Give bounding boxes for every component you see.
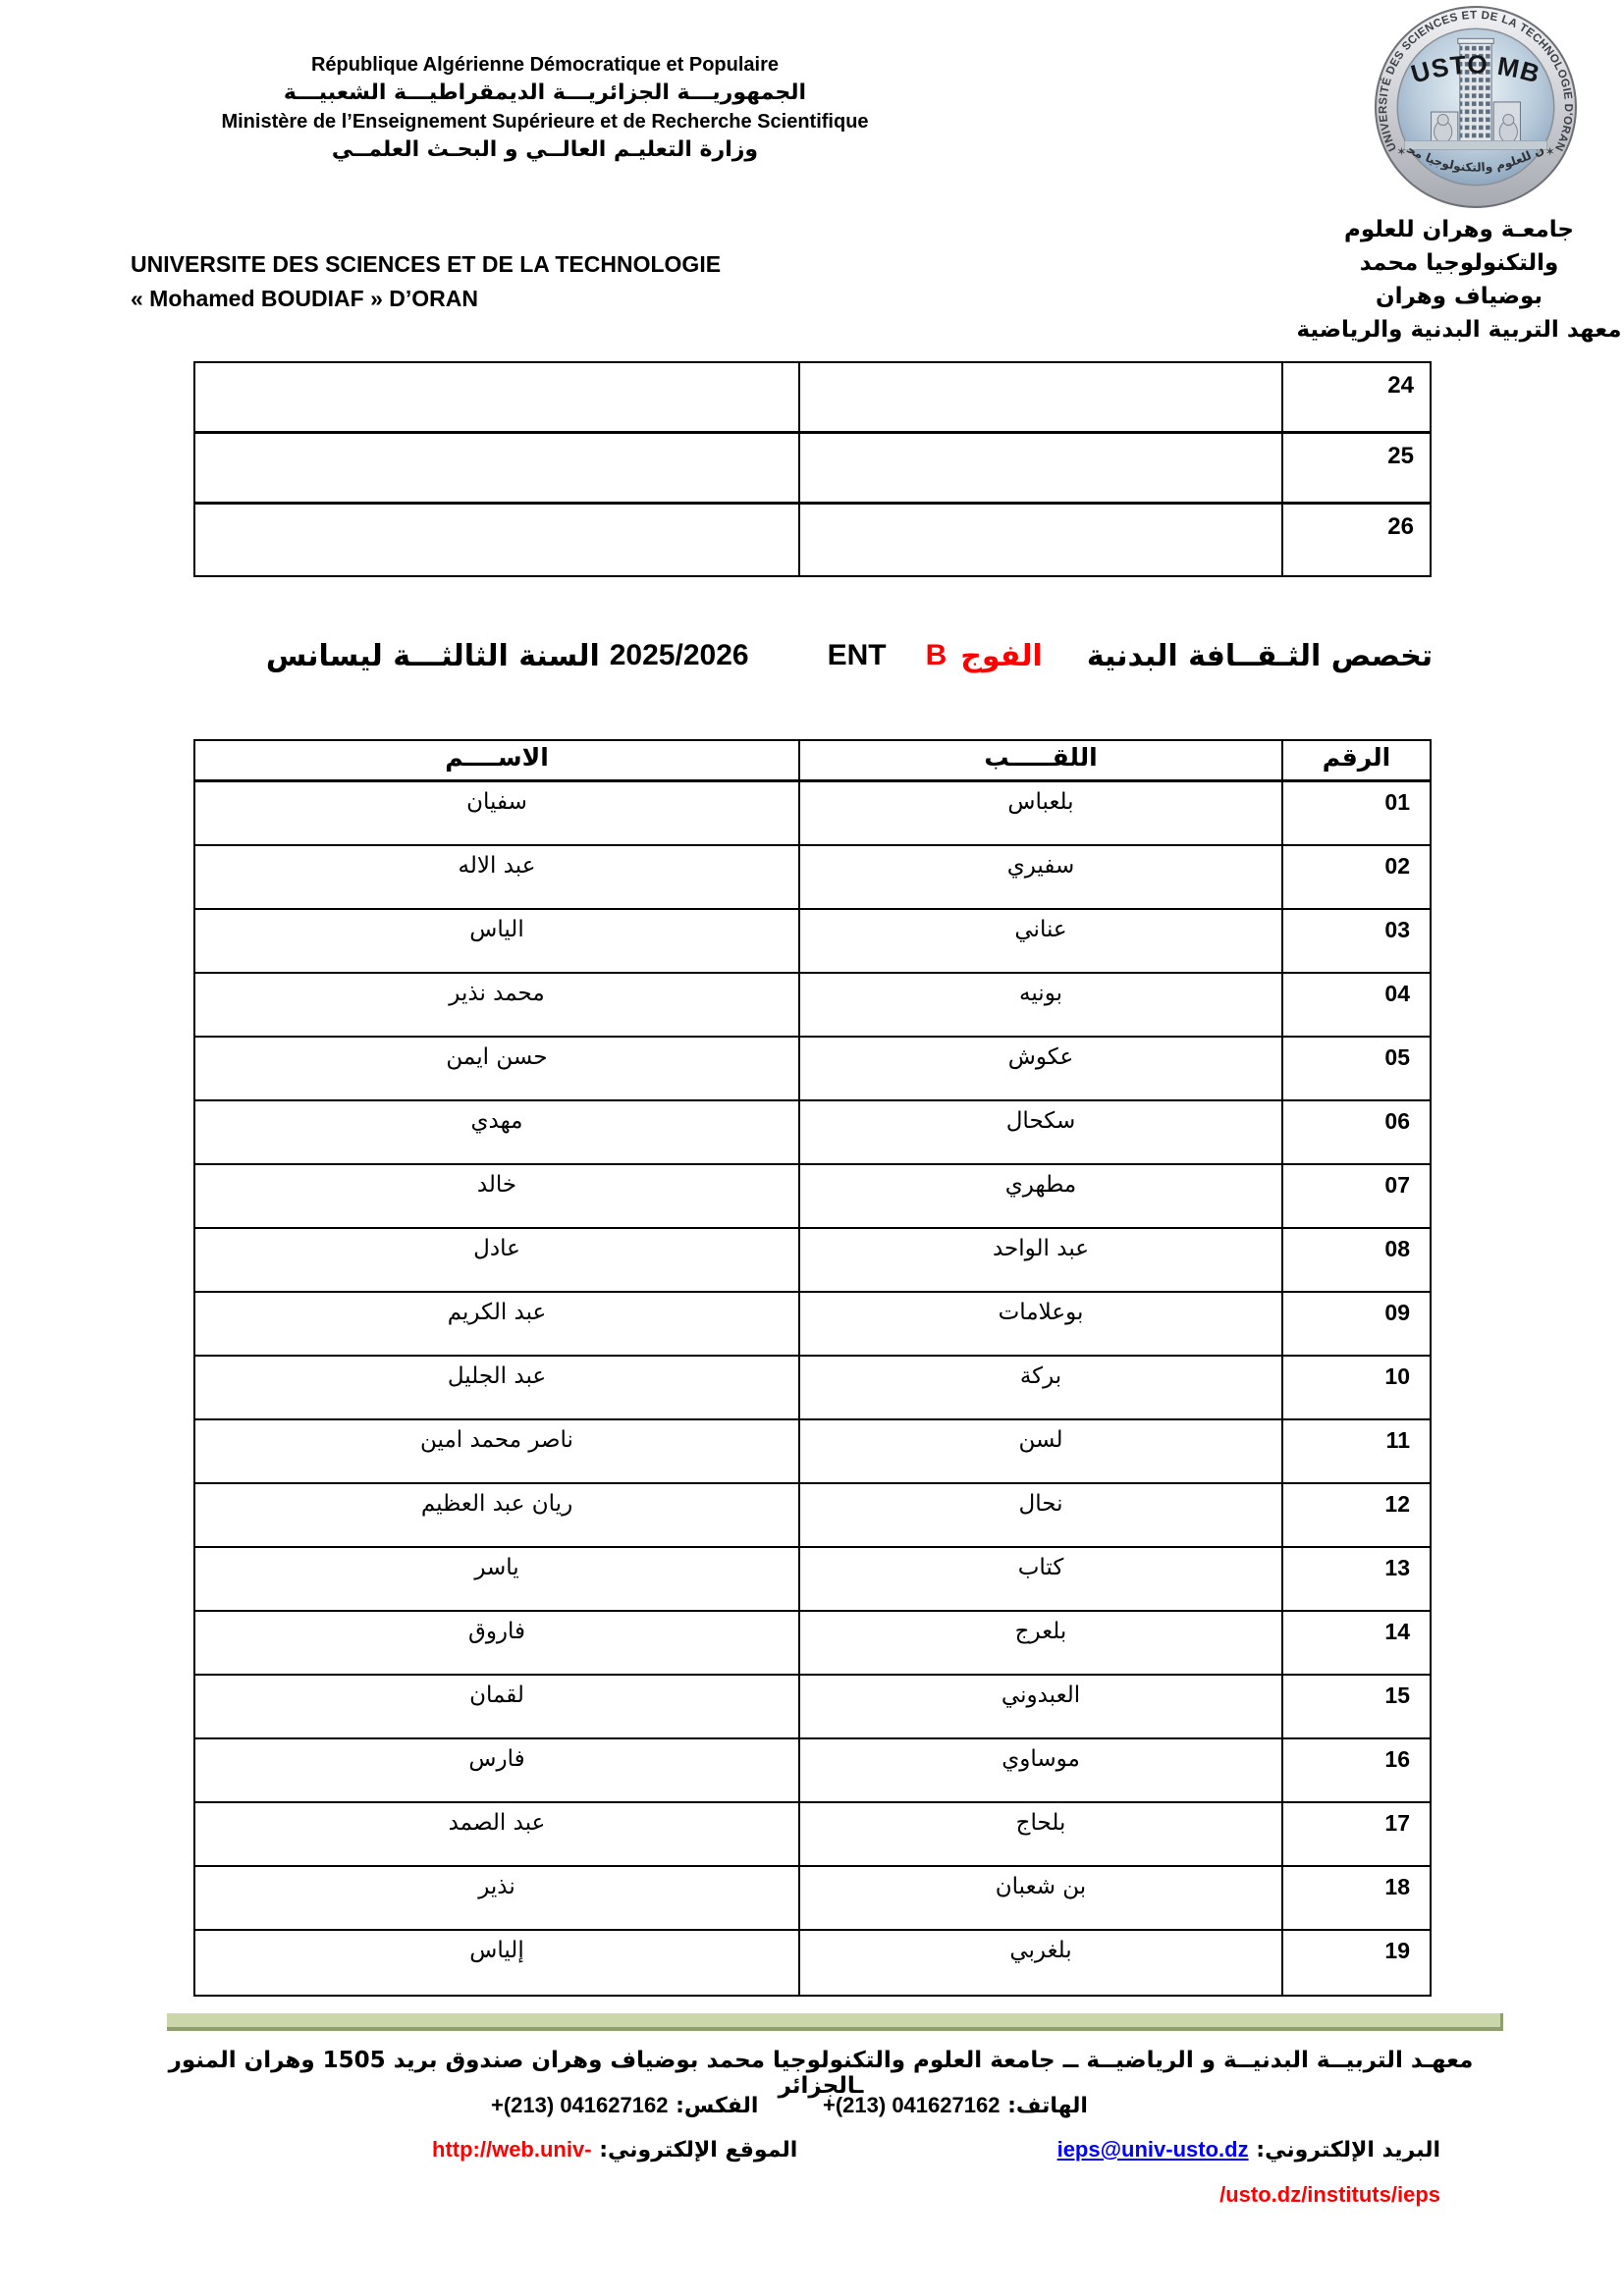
institute-header-ar: جامعـة وهران للعلوم والتكنولوجيا محمد بو… — [1294, 213, 1624, 347]
footer-address: معهـد التربيــة البدنيــة و الرياضيــة ـ… — [149, 2048, 1492, 2099]
website-link-part1[interactable]: http://web.univ- — [432, 2137, 592, 2163]
cell-surname — [800, 505, 1283, 575]
cell-surname: بونيه — [800, 974, 1283, 1036]
table-row: 26 — [195, 505, 1430, 575]
cell-first-name: إلياس — [195, 1931, 800, 1995]
cell-surname: عناني — [800, 910, 1283, 972]
phone-label: الهاتف: — [1007, 2094, 1088, 2118]
cell-first-name: سفيان — [195, 782, 800, 844]
cell-first-name: مهدي — [195, 1101, 800, 1163]
cell-number: 11 — [1283, 1420, 1430, 1482]
roster-table: الاســــم اللقـــــب الرقم سفيانبلعباس01… — [193, 739, 1432, 1997]
cell-first-name: ناصر محمد امين — [195, 1420, 800, 1482]
cell-first-name: حسن ايمن — [195, 1038, 800, 1099]
cell-first-name — [195, 363, 800, 431]
logo-building-roof — [1458, 38, 1493, 43]
phone-number: +(213) 041627162 — [823, 2093, 1000, 2118]
ministry-line-ar: وزارة التعليـم العالــي و البحـث العلمــ… — [133, 135, 957, 165]
cell-surname — [800, 434, 1283, 502]
table-row: لقمانالعبدوني15 — [195, 1676, 1430, 1739]
title-group-value: B — [926, 639, 947, 672]
table-row: ريان عبد العظيمنحال12 — [195, 1484, 1430, 1548]
table-row: 24 — [195, 363, 1430, 434]
header-surname: اللقـــــب — [800, 741, 1283, 779]
cell-number: 07 — [1283, 1165, 1430, 1227]
footer-fax: الفكس: +(213) 041627162 — [491, 2093, 758, 2118]
cell-first-name: عبد الجليل — [195, 1357, 800, 1418]
roster-header-row: الاســــم اللقـــــب الرقم — [195, 741, 1430, 782]
cell-number: 01 — [1283, 782, 1430, 844]
cell-number: 04 — [1283, 974, 1430, 1036]
title-specialization: تخصص الثـقــافة البدنية — [1087, 639, 1433, 673]
cell-number: 14 — [1283, 1612, 1430, 1674]
table-row: فاروقبلعرج14 — [195, 1612, 1430, 1676]
cell-surname: نحال — [800, 1484, 1283, 1546]
title-ent: ENT — [828, 639, 887, 672]
university-name-line1: UNIVERSITE DES SCIENCES ET DE LA TECHNOL… — [131, 247, 721, 282]
table-row: عادلعبد الواحد08 — [195, 1229, 1430, 1293]
table-row: خالدمطهري07 — [195, 1165, 1430, 1229]
table-row: نذيربن شعبان18 — [195, 1867, 1430, 1931]
cell-number: 26 — [1283, 505, 1430, 575]
institute-ar-line3: معهد التربية البدنية والرياضية — [1294, 313, 1624, 347]
cell-surname: بلعباس — [800, 782, 1283, 844]
cell-number: 06 — [1283, 1101, 1430, 1163]
cell-surname: عكوش — [800, 1038, 1283, 1099]
cell-first-name: فارس — [195, 1739, 800, 1801]
table-row: عبد الكريمبوعلامات09 — [195, 1293, 1430, 1357]
cell-number: 16 — [1283, 1739, 1430, 1801]
cell-surname: مطهري — [800, 1165, 1283, 1227]
cell-surname: بلغربي — [800, 1931, 1283, 1995]
logo-ground-band — [1404, 140, 1546, 149]
table-row: مهديسكحال06 — [195, 1101, 1430, 1165]
cell-number: 19 — [1283, 1931, 1430, 1995]
university-name-block: UNIVERSITE DES SCIENCES ET DE LA TECHNOL… — [131, 247, 721, 316]
ministry-header: République Algérienne Démocratique et Po… — [133, 51, 957, 165]
cell-surname: عبد الواحد — [800, 1229, 1283, 1291]
header-first-name: الاســــم — [195, 741, 800, 779]
table-row: الياسعناني03 — [195, 910, 1430, 974]
cell-number: 24 — [1283, 363, 1430, 431]
fax-number: +(213) 041627162 — [491, 2093, 668, 2118]
cell-number: 10 — [1283, 1357, 1430, 1418]
cell-surname: سفيري — [800, 846, 1283, 908]
cell-first-name: نذير — [195, 1867, 800, 1929]
cell-first-name: عادل — [195, 1229, 800, 1291]
cell-surname — [800, 363, 1283, 431]
footer-email: البريد الإلكتروني: ieps@univ-usto.dz — [1057, 2137, 1440, 2163]
table-row: ناصر محمد امينلسن11 — [195, 1420, 1430, 1484]
cell-surname: بلعرج — [800, 1612, 1283, 1674]
cell-surname: العبدوني — [800, 1676, 1283, 1737]
cell-number: 13 — [1283, 1548, 1430, 1610]
table-row: إلياسبلغربي19 — [195, 1931, 1430, 1995]
cell-first-name: عبد الاله — [195, 846, 800, 908]
group-title-line: تخصص الثـقــافة البدنية الفوج B ENT 2025… — [196, 630, 1502, 681]
cell-surname: كتاب — [800, 1548, 1283, 1610]
cell-number: 25 — [1283, 434, 1430, 502]
email-link[interactable]: ieps@univ-usto.dz — [1057, 2137, 1249, 2163]
cell-first-name — [195, 505, 800, 575]
logo-star-left-icon: ✶ — [1396, 144, 1406, 158]
cell-number: 03 — [1283, 910, 1430, 972]
cell-surname: سكحال — [800, 1101, 1283, 1163]
website-link-part2[interactable]: /usto.dz/instituts/ieps — [1219, 2182, 1440, 2208]
cell-number: 18 — [1283, 1867, 1430, 1929]
footer-phone: الهاتف: +(213) 041627162 — [823, 2093, 1088, 2118]
footer-divider-bar — [167, 2013, 1503, 2031]
cell-surname: موساوي — [800, 1739, 1283, 1801]
cell-number: 09 — [1283, 1293, 1430, 1355]
title-level: السنة الثالثـــة ليسانس — [266, 639, 600, 673]
usto-seal-logo: UNIVERSITÉ DES SCIENCES ET DE LA TECHNOL… — [1366, 5, 1586, 213]
cell-surname: بن شعبان — [800, 1867, 1283, 1929]
table-row: ياسركتاب13 — [195, 1548, 1430, 1612]
cell-first-name: خالد — [195, 1165, 800, 1227]
republic-line-fr: République Algérienne Démocratique et Po… — [133, 51, 957, 79]
document-page: République Algérienne Démocratique et Po… — [0, 0, 1624, 2296]
cell-first-name: محمد نذير — [195, 974, 800, 1036]
cell-first-name: ريان عبد العظيم — [195, 1484, 800, 1546]
cell-surname: بلحاج — [800, 1803, 1283, 1865]
cell-number: 05 — [1283, 1038, 1430, 1099]
cell-number: 12 — [1283, 1484, 1430, 1546]
email-label: البريد الإلكتروني: — [1256, 2138, 1440, 2163]
institute-ar-line1: جامعـة وهران للعلوم والتكنولوجيا محمد — [1294, 213, 1624, 280]
website-label: الموقع الإلكتروني: — [599, 2138, 797, 2163]
table-row: محمد نذيربونيه04 — [195, 974, 1430, 1038]
cell-number: 15 — [1283, 1676, 1430, 1737]
cell-surname: بوعلامات — [800, 1293, 1283, 1355]
cell-number: 08 — [1283, 1229, 1430, 1291]
fax-label: الفكس: — [676, 2094, 758, 2118]
footer-website: الموقع الإلكتروني: http://web.univ- — [432, 2137, 797, 2163]
table-row: فارسموساوي16 — [195, 1739, 1430, 1803]
cell-first-name: لقمان — [195, 1676, 800, 1737]
cell-surname: لسن — [800, 1420, 1283, 1482]
cell-number: 02 — [1283, 846, 1430, 908]
title-academic-year: 2025/2026 — [610, 639, 749, 672]
title-group-label: الفوج — [960, 639, 1043, 673]
carryover-table: 242526 — [193, 361, 1432, 577]
header-number: الرقم — [1283, 741, 1430, 779]
cell-first-name: ياسر — [195, 1548, 800, 1610]
ministry-line-fr: Ministère de l’Enseignement Supérieure e… — [133, 108, 957, 135]
table-row: عبد الجليلبركة10 — [195, 1357, 1430, 1420]
cell-first-name: عبد الصمد — [195, 1803, 800, 1865]
institute-ar-line2: بوضياف وهران — [1294, 280, 1624, 313]
table-row: حسن ايمنعكوش05 — [195, 1038, 1430, 1101]
cell-first-name: الياس — [195, 910, 800, 972]
cell-first-name: عبد الكريم — [195, 1293, 800, 1355]
cell-first-name: فاروق — [195, 1612, 800, 1674]
table-row: سفيانبلعباس01 — [195, 782, 1430, 846]
logo-star-right-icon: ✶ — [1545, 144, 1555, 158]
cell-first-name — [195, 434, 800, 502]
table-row: 25 — [195, 434, 1430, 505]
cell-number: 17 — [1283, 1803, 1430, 1865]
table-row: عبد الصمدبلحاج17 — [195, 1803, 1430, 1867]
table-row: عبد الالهسفيري02 — [195, 846, 1430, 910]
republic-line-ar: الجمهوريـــة الجزائريـــة الديمقراطيـــة… — [133, 79, 957, 108]
cell-surname: بركة — [800, 1357, 1283, 1418]
university-name-line2: « Mohamed BOUDIAF » D’ORAN — [131, 282, 721, 316]
